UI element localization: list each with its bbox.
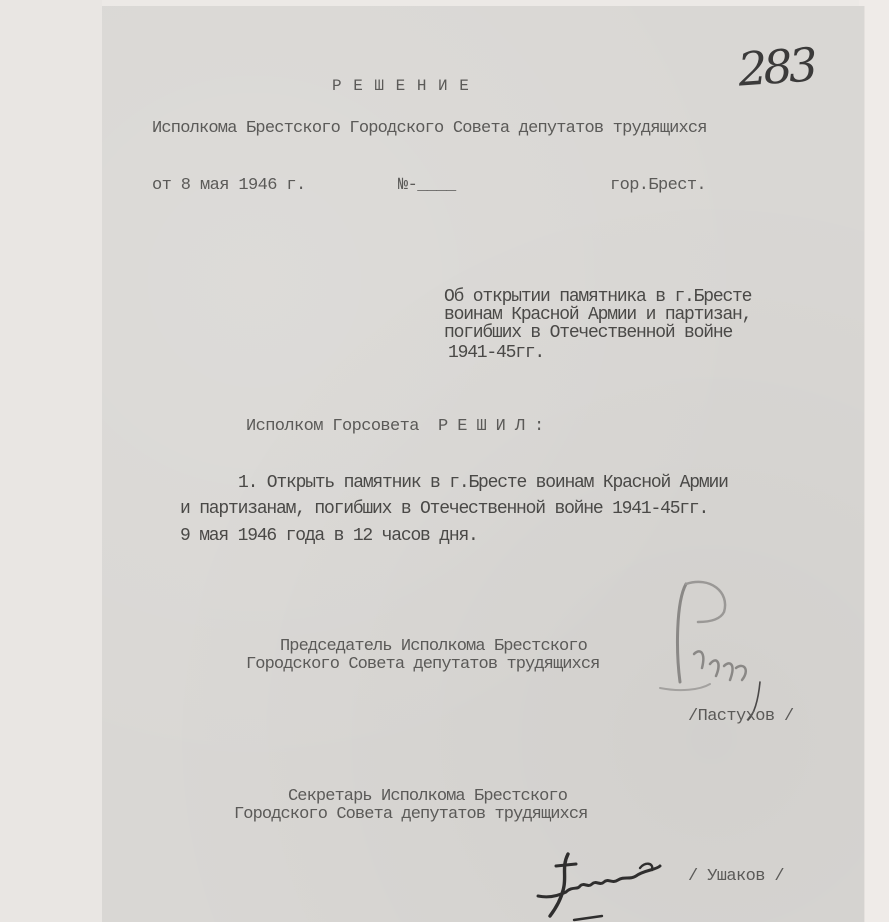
- resolution-intro: Исполком Горсовета Р Е Ш И Л :: [246, 418, 544, 435]
- signatory-name: / Ушаков /: [688, 868, 784, 885]
- signatory-title-line: Городского Совета депутатов трудящихся: [246, 656, 599, 673]
- subject-line: Об открытии памятника в г.Бресте: [444, 288, 751, 306]
- document-title: Р Е Ш Е Н И Е: [332, 78, 470, 94]
- resolution-line: и партизанам, погибших в Отечественной в…: [180, 500, 708, 518]
- signatory-title-line: Председатель Исполкома Брестского: [280, 638, 587, 655]
- document-date: от 8 мая 1946 г.: [152, 177, 306, 194]
- subject-line: 1941-45гг.: [448, 344, 544, 362]
- document-issuer: Исполкома Брестского Городского Совета д…: [152, 120, 707, 137]
- document-page: 283 Р Е Ш Е Н И Е Исполкома Брестского Г…: [102, 6, 864, 922]
- background-margin-left: [0, 0, 102, 922]
- document-place: гор.Брест.: [610, 177, 706, 194]
- secretary-signature: [532, 846, 682, 922]
- signatory-name: /Пастухов /: [688, 708, 794, 725]
- resolution-line: 9 мая 1946 года в 12 часов дня.: [180, 527, 478, 545]
- document-number: №-____: [398, 177, 456, 194]
- archive-sheet-number: 283: [736, 37, 815, 96]
- subject-line: погибших в Отечественной войне: [444, 324, 732, 342]
- signatory-title-line: Секретарь Исполкома Брестского: [288, 788, 567, 805]
- chairman-signature: [650, 572, 790, 722]
- resolution-line: 1. Открыть памятник в г.Бресте воинам Кр…: [238, 474, 728, 492]
- subject-line: воинам Красной Армии и партизан,: [444, 306, 751, 324]
- signatory-title-line: Городского Совета депутатов трудящихся: [234, 806, 587, 823]
